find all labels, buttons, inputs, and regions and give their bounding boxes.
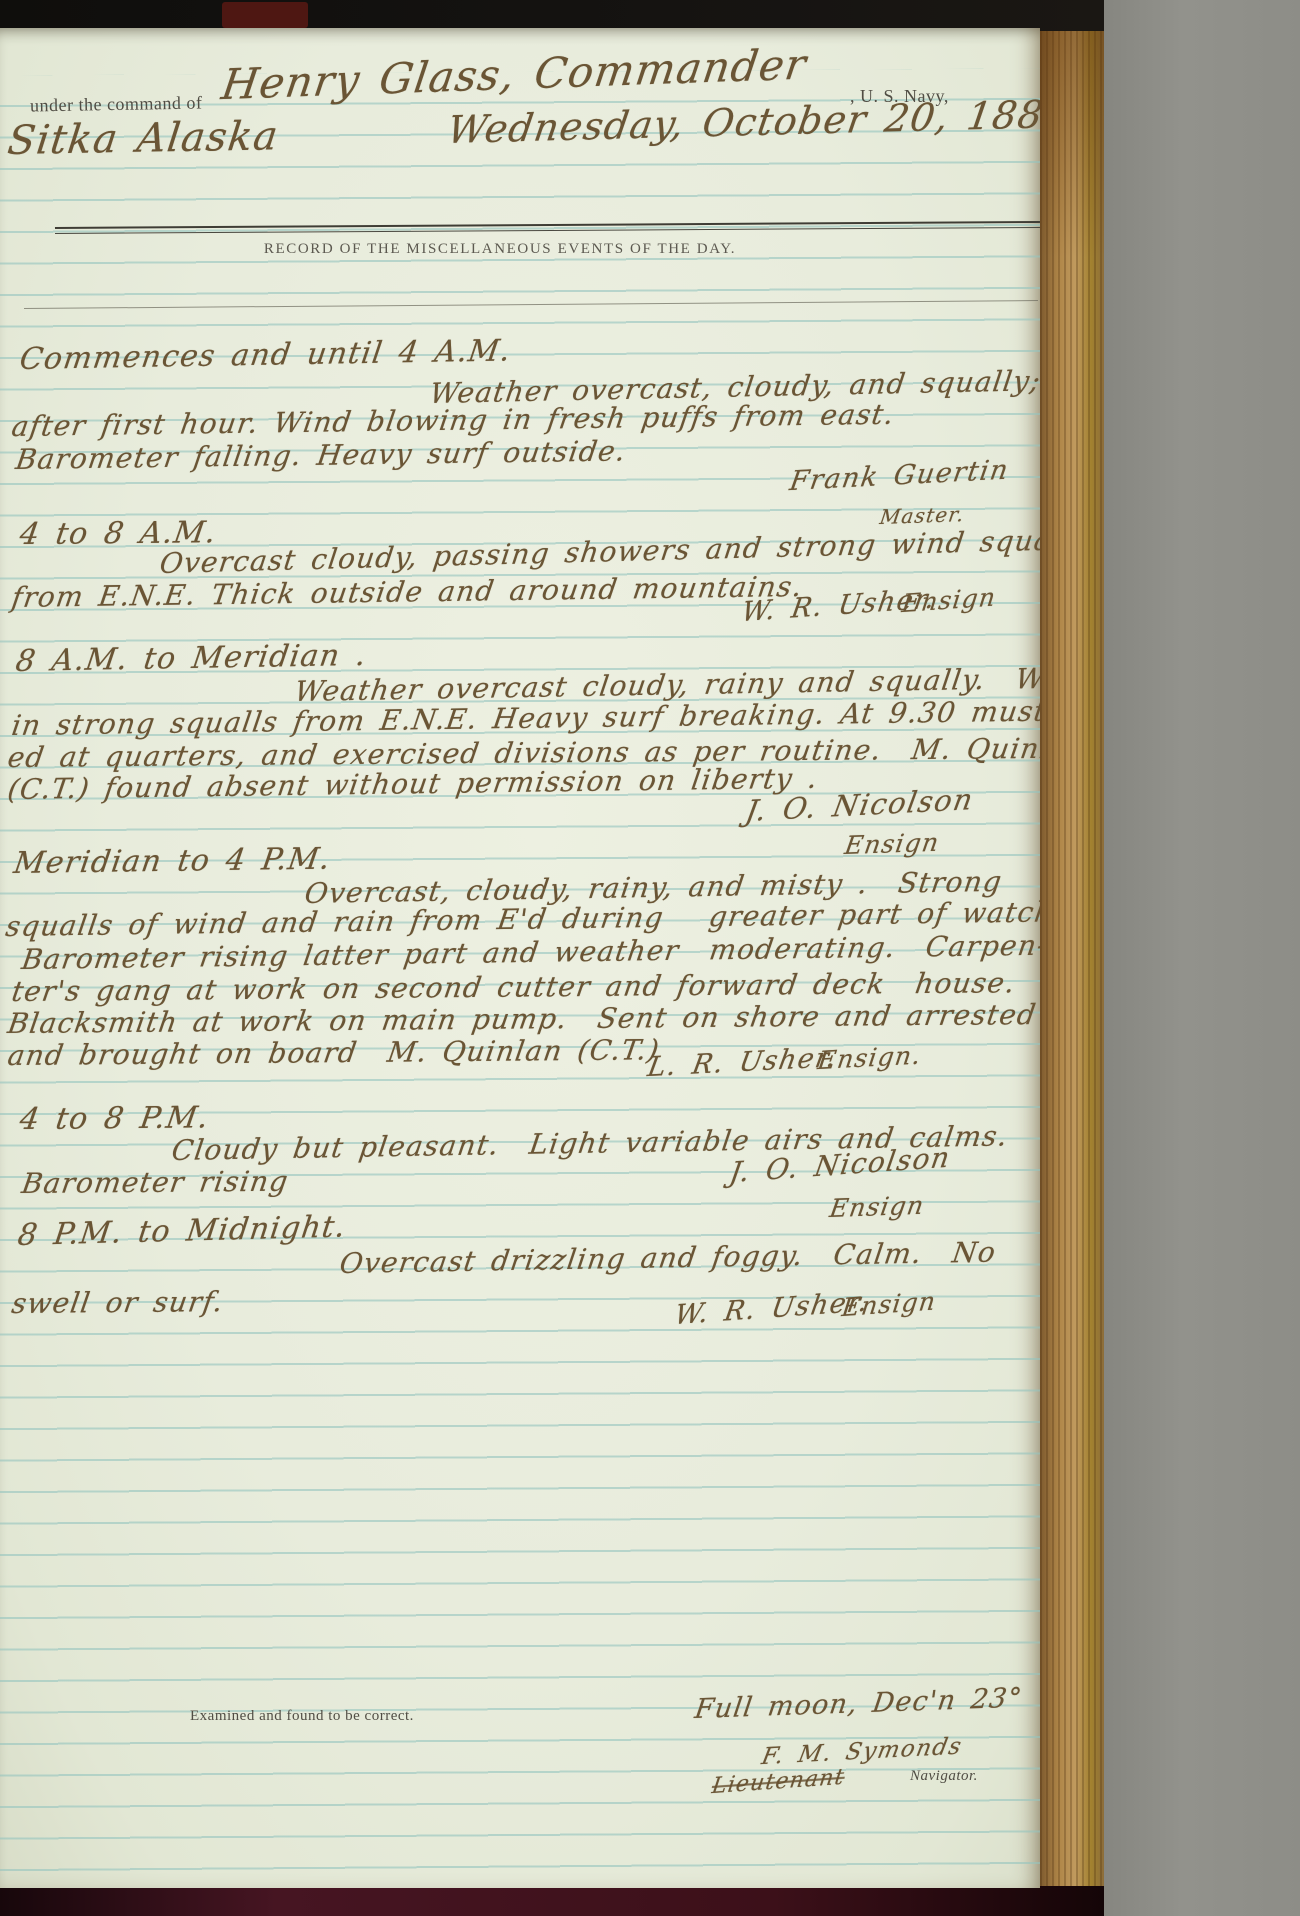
log-entry-line: swell or surf. [10, 1285, 227, 1320]
examined-label: Examined and found to be correct. [190, 1708, 414, 1725]
book-binding-red-accent [222, 2, 308, 28]
log-entry-heading: 8 A.M. to Meridian . [14, 638, 370, 679]
navigator-label: Navigator. [910, 1768, 978, 1785]
logbook-scan: under the command of Henry Glass, Comman… [0, 0, 1300, 1916]
location-handwriting: Sitka Alaska [5, 113, 281, 164]
officer-rank: Ensign. [816, 1040, 924, 1075]
book-binding-top [0, 0, 1104, 31]
desk-background [1104, 0, 1300, 1916]
log-entry-line: and brought on board M. Quinlan (C.T.) [6, 1033, 663, 1072]
log-entry-heading: 4 to 8 P.M. [17, 1100, 211, 1137]
book-fore-edge-shadow [1040, 28, 1104, 258]
officer-rank: Master. [878, 502, 966, 529]
officer-rank: Ensign [843, 828, 942, 860]
officer-rank: Ensign [828, 1191, 927, 1223]
log-entry-heading: Meridian to 4 P.M. [11, 842, 333, 881]
logbook-page: under the command of Henry Glass, Comman… [0, 28, 1040, 1888]
book-fore-edge [1040, 28, 1104, 1888]
log-entry-line: Barometer rising [20, 1165, 291, 1200]
command-prefix-label: under the command of [30, 92, 203, 116]
record-title: RECORD OF THE MISCELLANEOUS EVENTS OF TH… [140, 241, 860, 258]
book-binding-bottom [0, 1886, 1104, 1916]
